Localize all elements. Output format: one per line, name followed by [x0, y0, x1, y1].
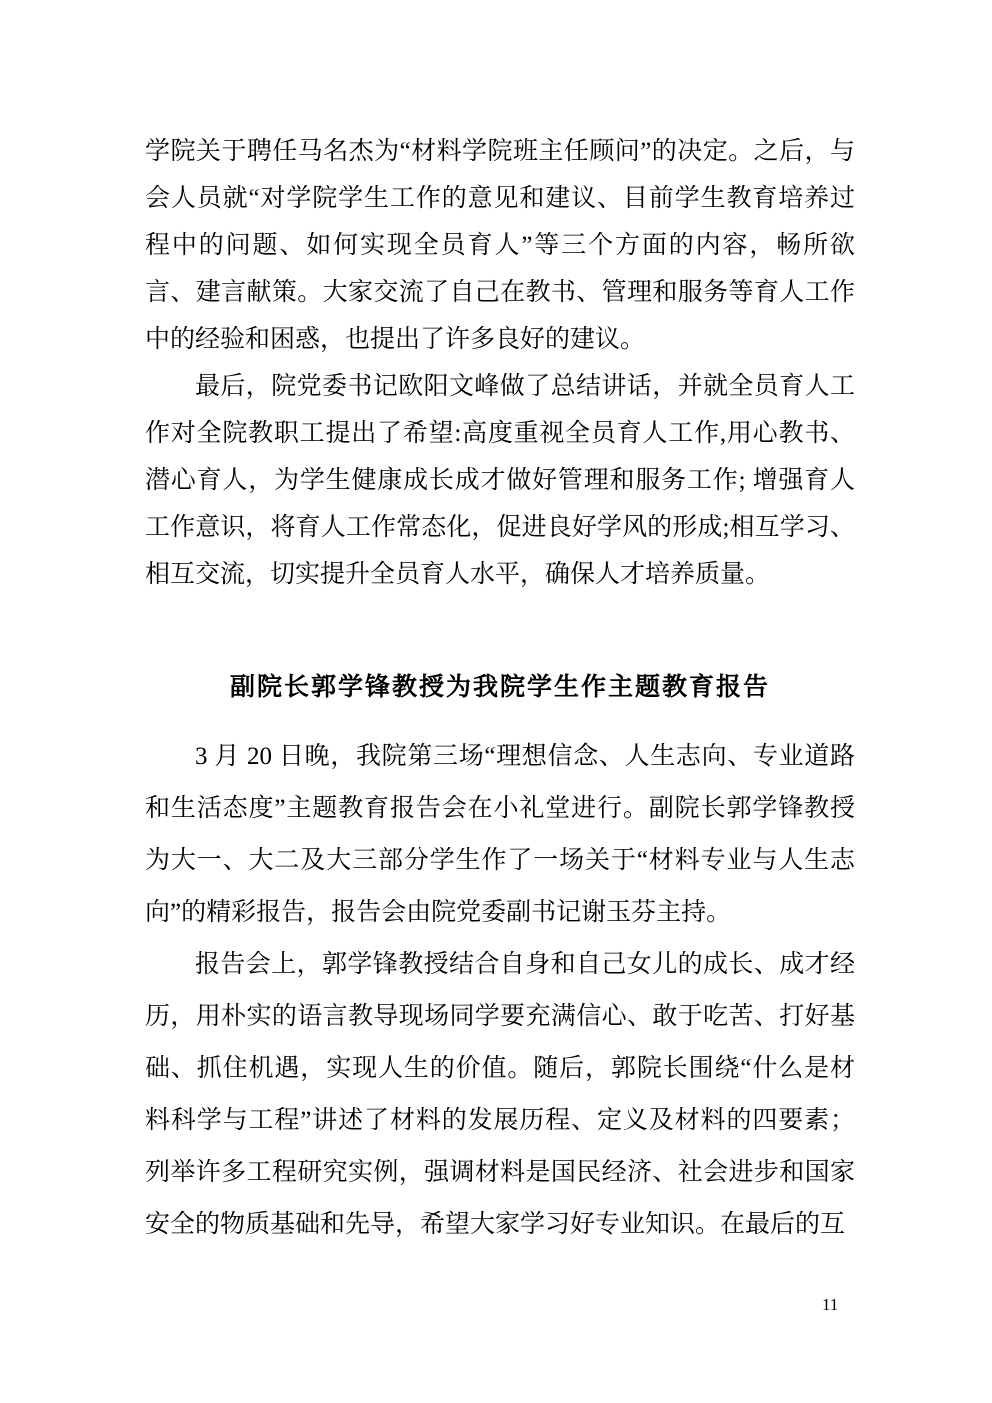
paragraph-report-content: 报告会上，郭学锋教授结合自身和自己女儿的成长、成才经历，用朴实的语言教导现场同学… — [145, 939, 855, 1251]
document-content: 学院关于聘任马名杰为“材料学院班主任顾问”的决定。之后，与会人员就“对学院学生工… — [145, 128, 855, 1251]
paragraph-report-intro: 3 月 20 日晚，我院第三场“理想信念、人生志向、专业道路和生活态度”主题教育… — [145, 731, 855, 939]
page-number: 11 — [822, 1295, 838, 1315]
document-page: 学院关于聘任马名杰为“材料学院班主任顾问”的决定。之后，与会人员就“对学院学生工… — [0, 0, 992, 1403]
section-heading: 副院长郭学锋教授为我院学生作主题教育报告 — [145, 672, 855, 702]
paragraph-secretary-summary: 最后，院党委书记欧阳文峰做了总结讲话，并就全员育人工作对全院教职工提出了希望:高… — [145, 363, 855, 598]
paragraph-meeting-decision: 学院关于聘任马名杰为“材料学院班主任顾问”的决定。之后，与会人员就“对学院学生工… — [145, 128, 855, 363]
